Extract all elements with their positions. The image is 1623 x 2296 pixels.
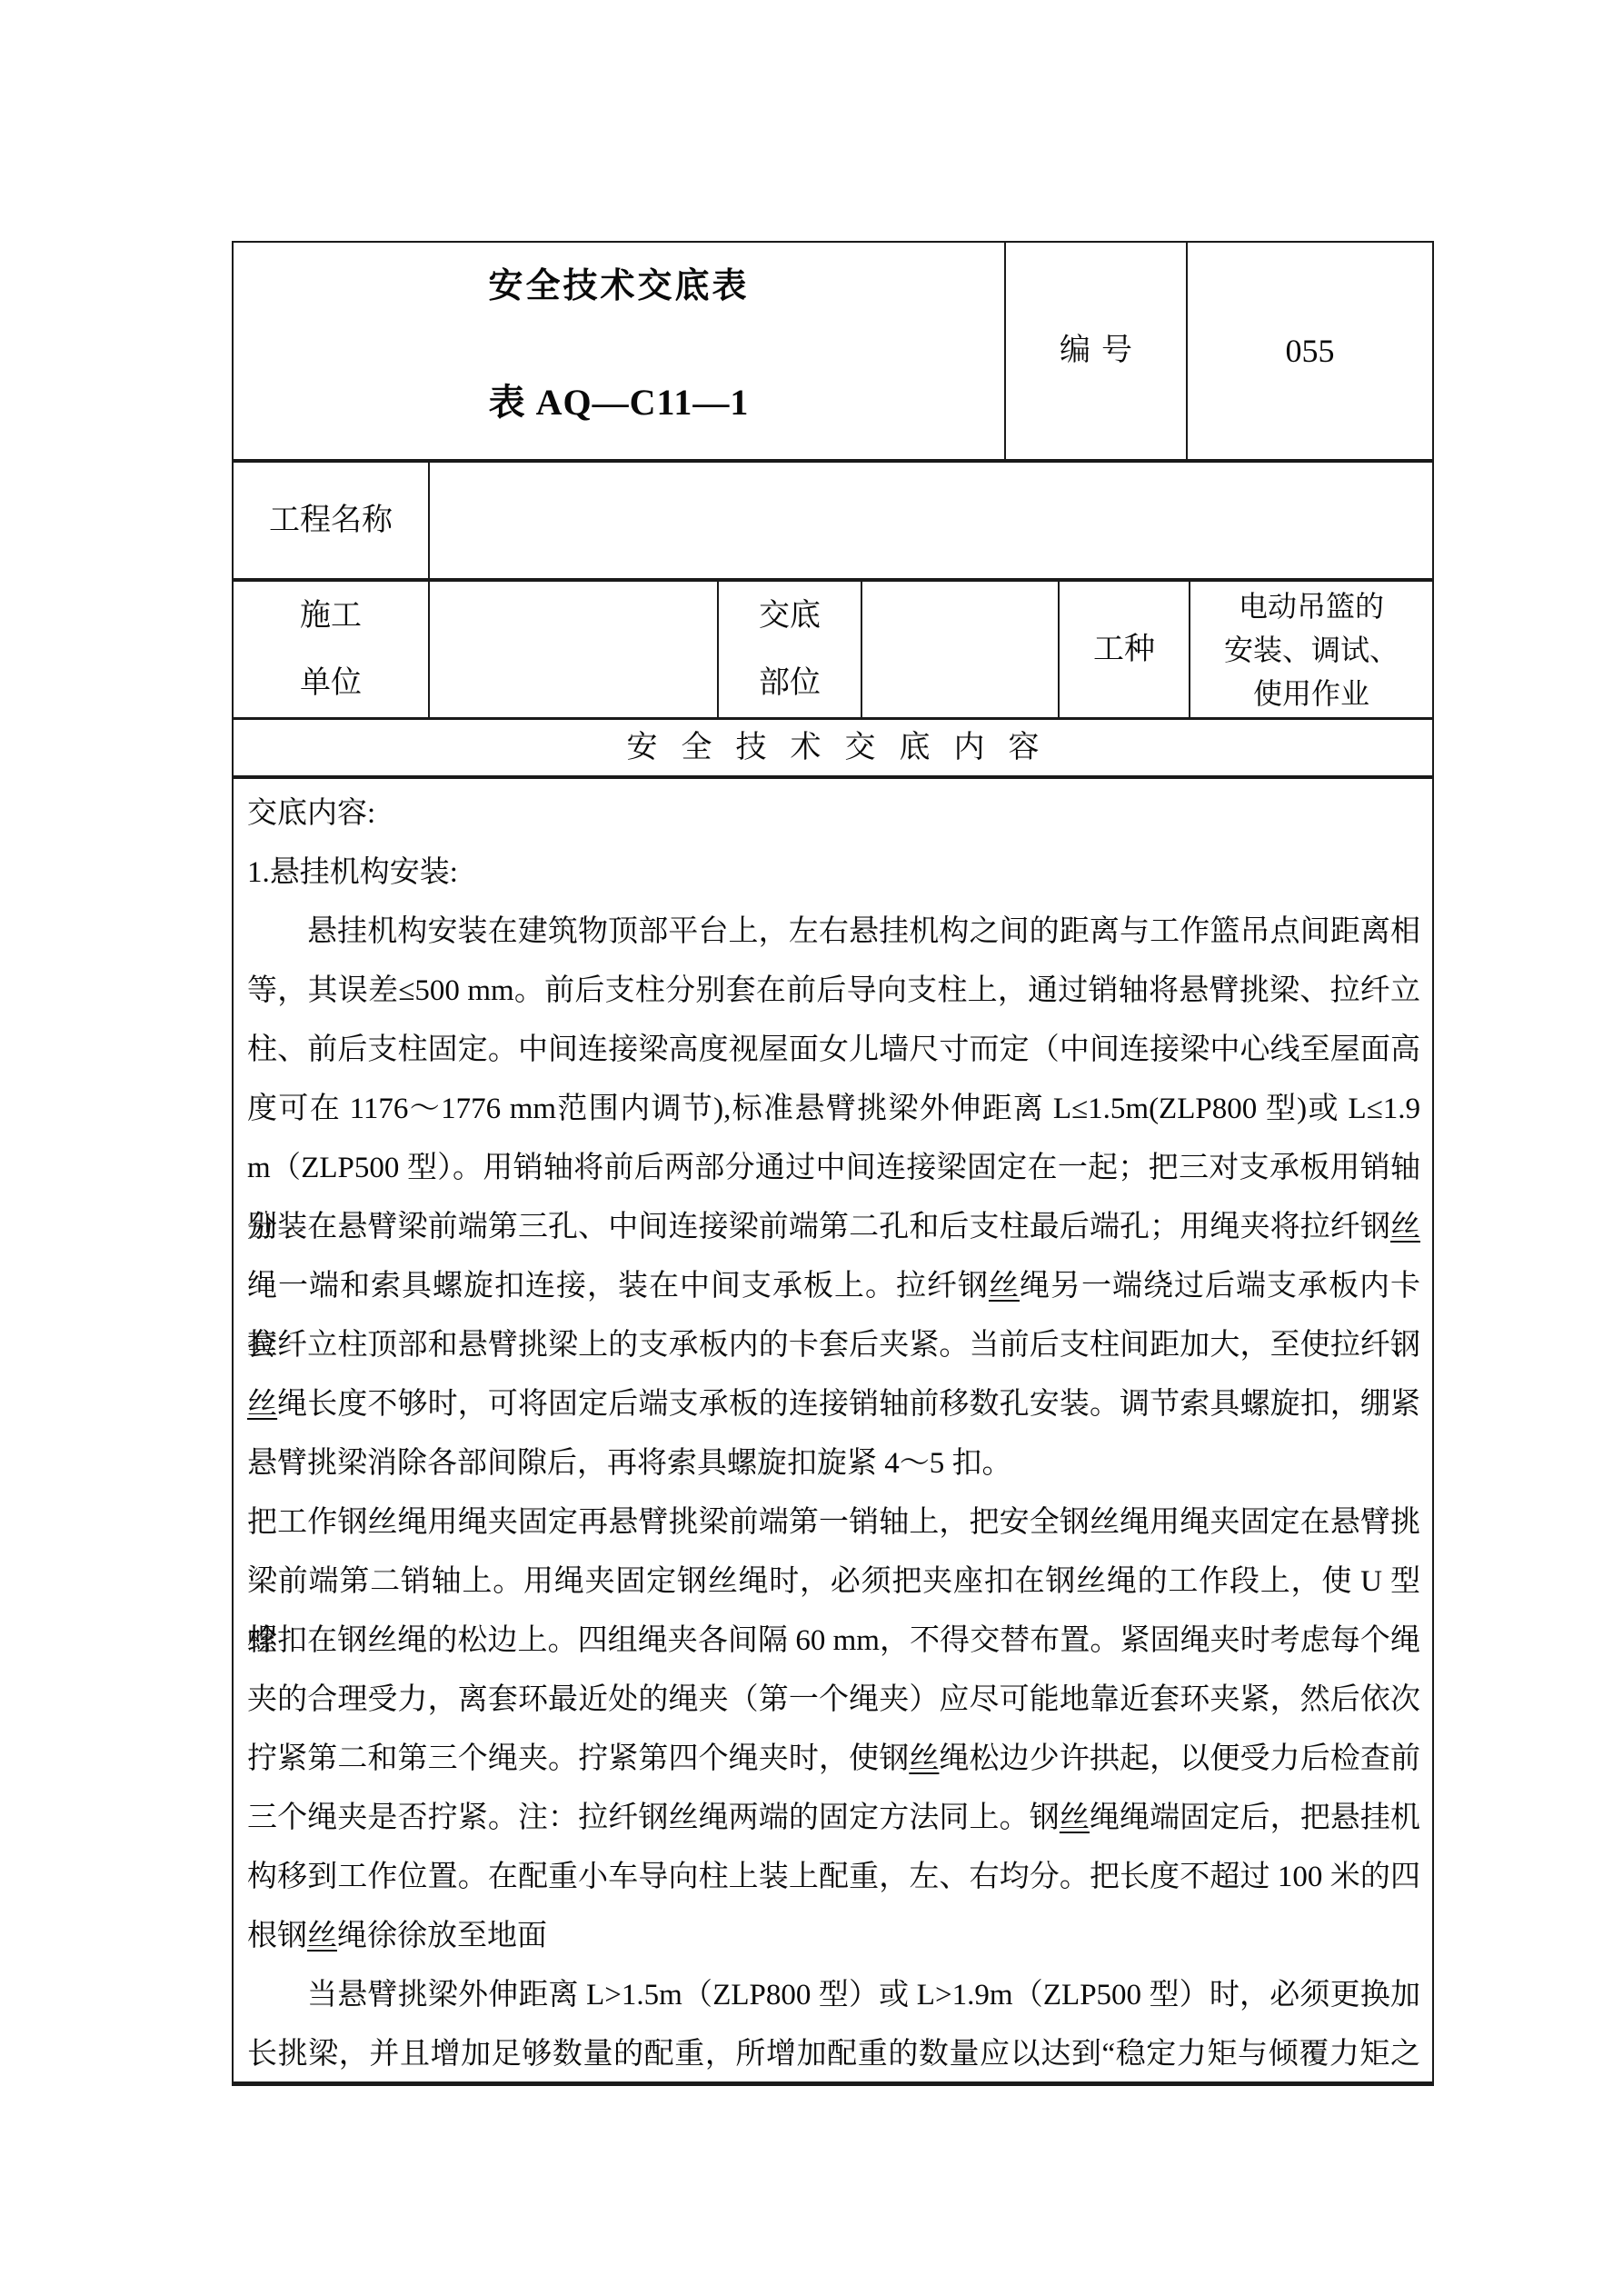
content-line: m（ZLP500 型）。用销轴将前后两部分通过中间连接梁固定在一起；把三对支承板… [247,1139,1420,1198]
content-line: 当悬臂挑梁外伸距离 L>1.5m（ZLP800 型）或 L>1.9m（ZLP50… [247,1966,1420,2025]
unit-part-worktype-row: 施工 单位 交底 部位 工种 电动吊篮的安装、调试、使用作业 [234,582,1432,720]
text-segment: 交底内容: [247,797,375,830]
section-header-row: 安全技术交底内容 [234,720,1432,779]
content-line: 别装在悬臂梁前端第三孔、中间连接梁前端第二孔和后支柱最后端孔；用绳夹将拉纤钢丝 [247,1198,1420,1257]
form-title: 安全技术交底表 [488,263,749,310]
text-segment: 柱、前后支柱固定。中间连接梁高度视屋面女儿墙尺寸而定（中间连接梁中心线至屋面高 [247,1033,1420,1066]
content-line: 栓扣在钢丝绳的松边上。四组绳夹各间隔 60 mm，不得交替布置。紧固绳夹时考虑每… [247,1612,1420,1671]
number-label: 编号 [1006,243,1188,459]
text-segment: 拧紧第二和第三个绳夹。拧紧第四个绳夹时，使钢 [247,1742,909,1775]
text-segment: 把工作钢丝绳用绳夹固定再悬臂挑梁前端第一销轴上，把安全钢丝绳用绳夹固定在悬臂挑 [247,1506,1420,1539]
text-segment: 悬挂机构安装在建筑物顶部平台上，左右悬挂机构之间的距离与工作篮吊点间距离相 [307,915,1420,948]
construction-unit-label-line1: 施工 [300,594,362,638]
worktype-label: 工种 [1060,582,1190,717]
content-line: 柱、前后支柱固定。中间连接梁高度视屋面女儿墙尺寸而定（中间连接梁中心线至屋面高 [247,1021,1420,1080]
title-row: 安全技术交底表 表 AQ—C11—1 编号 055 [234,243,1432,463]
text-segment: 当悬臂挑梁外伸距离 L>1.5m（ZLP800 型）或 L>1.9m（ZLP50… [307,1979,1420,2011]
content-line: 度可在 1176～1776 mm范围内调节),标准悬臂挑梁外伸距离 L≤1.5m… [247,1080,1420,1139]
content-line: 绳一端和索具螺旋扣连接，装在中间支承板上。拉纤钢丝绳另一端绕过后端支承板内卡套、 [247,1257,1420,1316]
content-line: 拉纤立柱顶部和悬臂挑梁上的支承板内的卡套后夹紧。当前后支柱间距加大，至使拉纤钢 [247,1316,1420,1375]
text-segment: 栓扣在钢丝绳的松边上。四组绳夹各间隔 60 mm，不得交替布置。紧固绳夹时考虑每… [247,1624,1420,1657]
underlined-text: 丝 [1060,1802,1090,1834]
text-segment: 度可在 1176～1776 mm范围内调节),标准悬臂挑梁外伸距离 L≤1.5m… [247,1093,1420,1125]
text-segment: 绳徐徐放至地面 [337,1920,547,1952]
worktype-value-line: 电动吊篮的 [1239,584,1384,628]
content-line: 1.悬挂机构安装: [247,844,1420,903]
disclosure-part-value [862,582,1060,717]
form-title-cell: 安全技术交底表 表 AQ—C11—1 [234,243,1006,459]
text-segment: 构移到工作位置。在配重小车导向柱上装上配重，左、右均分。把长度不超过 100 米… [247,1861,1420,1893]
text-segment: 绳一端和索具螺旋扣连接，装在中间支承板上。拉纤钢 [247,1270,989,1303]
text-segment: 1.悬挂机构安装: [247,856,458,889]
content-line: 根钢丝绳徐徐放至地面 [247,1907,1420,1966]
project-name-value [430,463,1432,578]
disclosure-form-table: 安全技术交底表 表 AQ—C11—1 编号 055 工程名称 施工 单位 交底 … [232,241,1434,2086]
content-line: 悬臂挑梁消除各部间隙后，再将索具螺旋扣旋紧 4～5 扣。 [247,1434,1420,1493]
underlined-text: 丝 [989,1270,1020,1303]
project-name-label: 工程名称 [234,463,430,578]
text-segment: 绳长度不够时，可将固定后端支承板的连接销轴前移数孔安装。调节索具螺旋扣，绷紧 [277,1388,1420,1421]
text-segment: 别装在悬臂梁前端第三孔、中间连接梁前端第二孔和后支柱最后端孔；用绳夹将拉纤钢 [247,1211,1390,1243]
content-line: 丝绳长度不够时，可将固定后端支承板的连接销轴前移数孔安装。调节索具螺旋扣，绷紧 [247,1375,1420,1434]
content-line: 三个绳夹是否拧紧。注：拉纤钢丝绳两端的固定方法同上。钢丝绳绳端固定后，把悬挂机 [247,1789,1420,1848]
underlined-text: 丝 [247,1388,277,1421]
construction-unit-label-line2: 单位 [300,662,362,705]
text-segment: 绳松边少许拱起，以便受力后检查前 [939,1742,1420,1775]
worktype-value-line: 安装、调试、 [1224,628,1399,672]
text-segment: 长挑梁，并且增加足够数量的配重，所增加配重的数量应以达到“稳定力矩与倾覆力矩之 [247,2038,1420,2071]
content-line: 长挑梁，并且增加足够数量的配重，所增加配重的数量应以达到“稳定力矩与倾覆力矩之 [247,2025,1420,2084]
disclosure-content: 交底内容:1.悬挂机构安装:悬挂机构安装在建筑物顶部平台上，左右悬挂机构之间的距… [234,779,1432,2081]
project-name-row: 工程名称 [234,463,1432,582]
form-code: 表 AQ—C11—1 [489,379,750,426]
content-line: 梁前端第二销轴上。用绳夹固定钢丝绳时，必须把夹座扣在钢丝绳的工作段上，使 U 型… [247,1552,1420,1612]
worktype-value-line: 使用作业 [1253,672,1369,715]
content-line: 悬挂机构安装在建筑物顶部平台上，左右悬挂机构之间的距离与工作篮吊点间距离相 [247,903,1420,962]
text-segment: 夹的合理受力，离套环最近处的绳夹（第一个绳夹）应尽可能地靠近套环夹紧，然后依次 [247,1683,1420,1716]
text-segment: 等，其误差≤500 mm。前后支柱分别套在前后导向支柱上，通过销轴将悬臂挑梁、拉… [247,974,1420,1007]
content-line: 交底内容: [247,784,1420,844]
content-line: 夹的合理受力，离套环最近处的绳夹（第一个绳夹）应尽可能地靠近套环夹紧，然后依次 [247,1671,1420,1730]
number-value: 055 [1188,243,1432,459]
disclosure-part-label-line1: 交底 [759,594,821,638]
text-segment: 根钢 [247,1920,307,1952]
worktype-value: 电动吊篮的安装、调试、使用作业 [1190,582,1432,717]
construction-unit-label: 施工 单位 [234,582,430,717]
disclosure-part-label-line2: 部位 [759,662,821,705]
text-segment: 绳绳端固定后，把悬挂机 [1090,1802,1420,1834]
document-page: 安全技术交底表 表 AQ—C11—1 编号 055 工程名称 施工 单位 交底 … [0,0,1623,2296]
text-segment: 三个绳夹是否拧紧。注：拉纤钢丝绳两端的固定方法同上。钢 [247,1802,1060,1834]
content-line: 把工作钢丝绳用绳夹固定再悬臂挑梁前端第一销轴上，把安全钢丝绳用绳夹固定在悬臂挑 [247,1493,1420,1552]
content-line: 构移到工作位置。在配重小车导向柱上装上配重，左、右均分。把长度不超过 100 米… [247,1848,1420,1907]
content-line: 拧紧第二和第三个绳夹。拧紧第四个绳夹时，使钢丝绳松边少许拱起，以便受力后检查前 [247,1730,1420,1789]
construction-unit-value [430,582,719,717]
content-line: 等，其误差≤500 mm。前后支柱分别套在前后导向支柱上，通过销轴将悬臂挑梁、拉… [247,962,1420,1021]
disclosure-part-label: 交底 部位 [719,582,862,717]
underlined-text: 丝 [307,1920,337,1952]
text-segment: 悬臂挑梁消除各部间隙后，再将索具螺旋扣旋紧 4～5 扣。 [247,1447,1012,1480]
underlined-text: 丝 [1390,1211,1420,1243]
text-segment: 拉纤立柱顶部和悬臂挑梁上的支承板内的卡套后夹紧。当前后支柱间距加大，至使拉纤钢 [247,1329,1420,1362]
section-header: 安全技术交底内容 [234,720,1432,775]
underlined-text: 丝 [909,1742,939,1775]
